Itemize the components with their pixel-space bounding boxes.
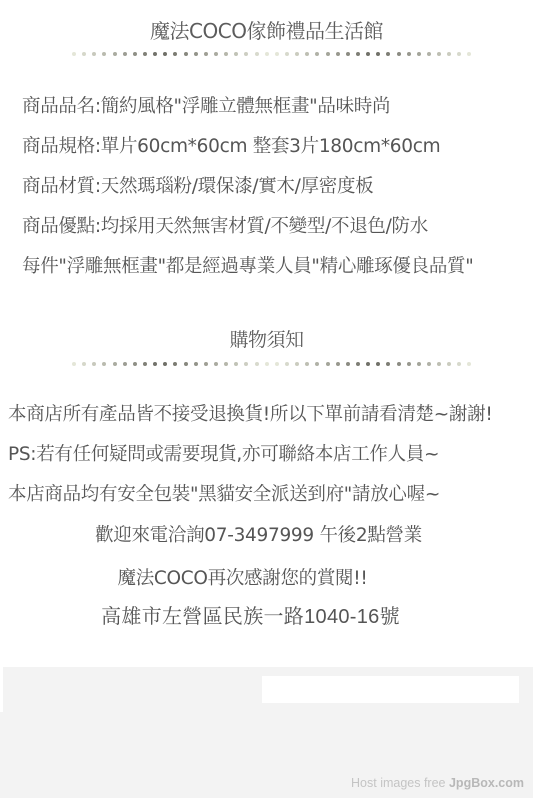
divider-dot: [366, 52, 370, 56]
dotted-divider-notice: [72, 361, 472, 367]
divider-dot: [143, 362, 147, 366]
divider-dot: [285, 52, 289, 56]
divider-dot: [255, 362, 259, 366]
product-info-advantage: 商品優點:均採用天然無害材質/不變型/不退色/防水: [22, 212, 428, 238]
product-info-value: 均採用天然無害材質/不變型/不退色/防水: [101, 216, 428, 237]
divider-dot: [285, 362, 289, 366]
divider-dot: [397, 362, 401, 366]
product-note: 每件"浮雕無框畫"都是經過專業人員"精心雕琢優良品質": [22, 252, 473, 278]
divider-dot: [72, 362, 76, 366]
divider-dot: [173, 362, 177, 366]
divider-dot: [224, 362, 228, 366]
divider-dot: [184, 52, 188, 56]
divider-dot: [204, 52, 208, 56]
footer-bar: Host images free JpgBox.com: [0, 667, 533, 798]
divider-dot: [102, 362, 106, 366]
watermark-prefix: Host images free: [351, 776, 449, 790]
divider-dot: [427, 52, 431, 56]
divider-dot: [82, 52, 86, 56]
product-info-value: 簡約風格"浮雕立體無框畫"品味時尚: [101, 96, 390, 117]
divider-dot: [113, 362, 117, 366]
divider-dot: [184, 362, 188, 366]
divider-dot: [72, 52, 76, 56]
divider-dot: [163, 362, 167, 366]
divider-dot: [315, 362, 319, 366]
footer-white-box: [262, 676, 519, 703]
divider-dot: [244, 362, 248, 366]
divider-dot: [336, 362, 340, 366]
divider-dot: [194, 52, 198, 56]
divider-dot: [265, 362, 269, 366]
divider-dot: [447, 362, 451, 366]
divider-dot: [447, 52, 451, 56]
divider-dot: [326, 362, 330, 366]
divider-dot: [397, 52, 401, 56]
contact-thanks-line: 魔法COCO再次感謝您的賞閱!!: [0, 564, 509, 590]
divider-dot: [113, 52, 117, 56]
divider-dot: [437, 52, 441, 56]
divider-dot: [407, 52, 411, 56]
watermark[interactable]: Host images free JpgBox.com: [351, 776, 524, 790]
divider-dot: [244, 52, 248, 56]
divider-dot: [356, 52, 360, 56]
divider-dot: [163, 52, 167, 56]
divider-dot: [234, 52, 238, 56]
divider-dot: [305, 362, 309, 366]
divider-dot: [386, 362, 390, 366]
divider-dot: [275, 362, 279, 366]
dotted-divider-top: [72, 51, 472, 57]
divider-dot: [376, 52, 380, 56]
product-info-value: 天然瑪瑙粉/環保漆/實木/厚密度板: [101, 176, 374, 197]
product-info-value: 單片60cm*60cm 整套3片180cm*60cm: [101, 136, 441, 157]
divider-dot: [427, 362, 431, 366]
divider-dot: [295, 52, 299, 56]
divider-dot: [457, 362, 461, 366]
contact-address: 高雄市左營區民族一路1040-16號: [0, 600, 517, 629]
watermark-brand-link[interactable]: JpgBox.com: [449, 776, 524, 790]
divider-dot: [173, 52, 177, 56]
divider-dot: [467, 362, 471, 366]
divider-dot: [346, 52, 350, 56]
divider-dot: [376, 362, 380, 366]
divider-dot: [204, 362, 208, 366]
divider-dot: [437, 362, 441, 366]
contact-phone-line: 歡迎來電洽詢07-3497999 午後2點營業: [0, 521, 525, 547]
divider-dot: [133, 52, 137, 56]
product-info-label: 商品材質: [22, 176, 95, 197]
divider-dot: [275, 52, 279, 56]
divider-dot: [92, 362, 96, 366]
divider-dot: [315, 52, 319, 56]
product-info-label: 商品優點: [22, 216, 95, 237]
divider-dot: [265, 52, 269, 56]
divider-dot: [346, 362, 350, 366]
shopping-notice-title: 購物須知: [0, 325, 533, 352]
notice-line-packaging: 本店商品均有安全包裝"黑貓安全派送到府"請放心喔~: [8, 480, 440, 506]
divider-dot: [133, 362, 137, 366]
divider-dot: [123, 362, 127, 366]
divider-dot: [366, 362, 370, 366]
divider-dot: [326, 52, 330, 56]
divider-dot: [143, 52, 147, 56]
divider-dot: [407, 362, 411, 366]
divider-dot: [356, 362, 360, 366]
divider-dot: [102, 52, 106, 56]
divider-dot: [457, 52, 461, 56]
product-info-spec: 商品規格:單片60cm*60cm 整套3片180cm*60cm: [22, 132, 440, 158]
divider-dot: [295, 362, 299, 366]
divider-dot: [153, 362, 157, 366]
divider-dot: [224, 52, 228, 56]
product-info-label: 商品規格: [22, 136, 95, 157]
divider-dot: [92, 52, 96, 56]
divider-dot: [417, 362, 421, 366]
divider-dot: [82, 362, 86, 366]
divider-dot: [214, 52, 218, 56]
divider-dot: [417, 52, 421, 56]
divider-dot: [123, 52, 127, 56]
divider-dot: [153, 52, 157, 56]
notice-line-no-returns: 本商店所有產品皆不接受退換貨!所以下單前請看清楚~謝謝!: [8, 400, 492, 426]
divider-dot: [305, 52, 309, 56]
divider-dot: [336, 52, 340, 56]
product-info-material: 商品材質:天然瑪瑙粉/環保漆/實木/厚密度板: [22, 172, 373, 198]
divider-dot: [255, 52, 259, 56]
store-title: 魔法COCO傢飾禮品生活館: [0, 15, 533, 44]
product-info-label: 商品品名: [22, 96, 95, 117]
divider-dot: [234, 362, 238, 366]
product-info-name: 商品品名:簡約風格"浮雕立體無框畫"品味時尚: [22, 92, 390, 118]
divider-dot: [467, 52, 471, 56]
notice-line-ps-contact: PS:若有任何疑問或需要現貨,亦可聯絡本店工作人員~: [8, 440, 439, 466]
divider-dot: [214, 362, 218, 366]
footer-white-edge: [0, 667, 3, 712]
divider-dot: [194, 362, 198, 366]
divider-dot: [386, 52, 390, 56]
